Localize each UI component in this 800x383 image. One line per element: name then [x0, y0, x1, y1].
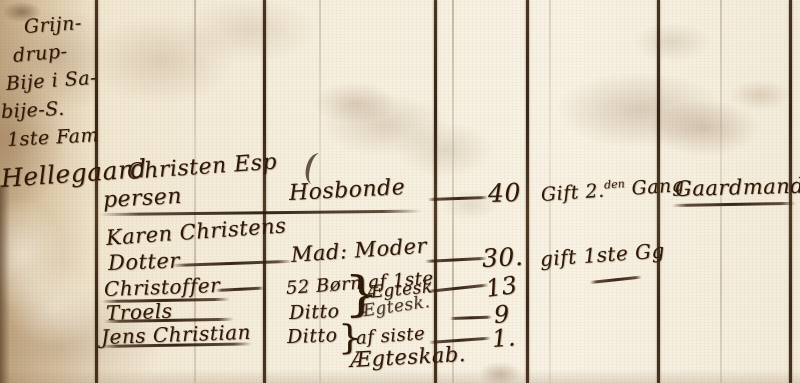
entry1-age: 40 [487, 178, 521, 208]
column-rule-3 [434, 0, 437, 383]
column-rule-4 [526, 0, 529, 383]
left-edge-shadow [0, 185, 10, 383]
entry1-name-line2: persen [102, 184, 182, 213]
entry1-status-pre: Gift 2. [540, 180, 605, 206]
entry1-status-superscript: den [604, 177, 625, 191]
column-rule-1 [95, 0, 98, 383]
entry4-position: Ditto [289, 300, 340, 324]
scanned-register-page: Grijn- drup- Bije i Sa- bije-S. 1ste Fam… [0, 0, 800, 383]
column-rule-faint-3 [452, 0, 454, 383]
entry5-age: 1. [491, 323, 517, 353]
entry1-occupation: Gaardmand [675, 174, 800, 201]
entry2-age: 30. [481, 242, 524, 273]
column-rule-2 [263, 0, 266, 383]
entry3-name: Christoffer [104, 273, 221, 301]
entry3-age: 13 [484, 271, 519, 303]
margin-note-line-1: Grijn- [23, 12, 82, 38]
margin-note-line-4: bije-S. [0, 98, 65, 123]
entry5-position: Ditto [287, 324, 338, 348]
entry2-name-line2: Dotter [108, 249, 181, 275]
